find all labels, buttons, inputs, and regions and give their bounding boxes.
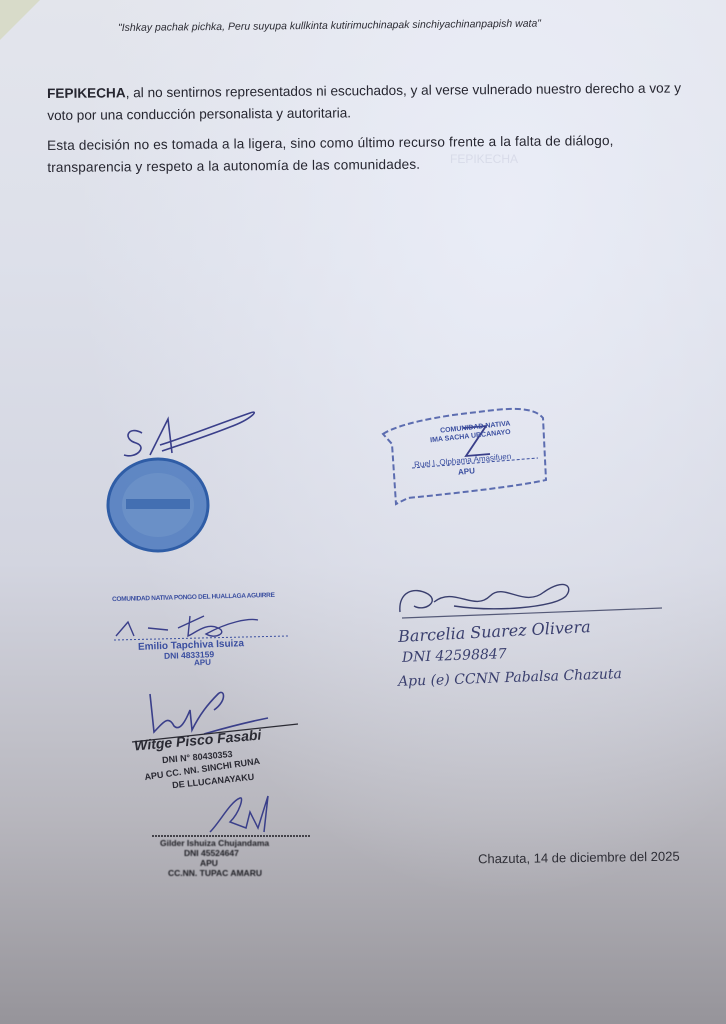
org-name: FEPIKECHA [47,85,126,101]
signature-scribble-icon [394,572,674,622]
signer-role: APU [194,658,211,668]
signature-block-3: COMUNIDAD NATIVA PONGO DEL HUALLAGA AGUI… [108,594,308,666]
signer-role: Apu (e) CCNN Pabalsa Chazuta [398,666,622,690]
signer-dni: DNI 45524647 [184,848,239,858]
place-date: Chazuta, 14 de diciembre del 2025 [478,849,680,867]
signature-block-2: COMUNIDAD NATIVA IMA SACHA URCANAYO Ruel… [378,404,553,514]
signer-role: APU [200,858,218,868]
bleed-through-text: FEPIKECHA [450,152,518,166]
stamp-line: APU [458,466,476,476]
paragraph-1: FEPIKECHA, al no sentirnos representados… [47,77,687,127]
page-corner-fold [0,0,40,40]
paragraph-2: Esta decisión no es tomada a la ligera, … [47,129,687,179]
signature-block-5: Witge Pisco Fasabi DNI N° 80430353 APU C… [128,684,328,784]
signature-block-6: Gilder Ishuiza Chujandama DNI 45524647 A… [150,792,330,882]
document-motto: "Ishkay pachak pichka, Peru suyupa kullk… [118,18,541,34]
signer-dni: DNI 42598847 [402,646,507,666]
signature-scribble-icon [108,602,308,642]
document-page: "Ishkay pachak pichka, Peru suyupa kullk… [0,0,726,1024]
signer-name: Gilder Ishuiza Chujandama [160,838,269,848]
signer-community: CC.NN. TUPAC AMARU [168,868,262,878]
signature-block-1 [100,405,260,565]
signature-scribble-icon [150,792,320,842]
round-seal-icon [106,457,216,557]
signature-scribble-icon [110,405,270,465]
signature-block-4: Barcelia Suarez Olivera DNI 42598847 Apu… [394,572,704,692]
paragraph-1-text: , al no sentirnos representados ni escuc… [47,80,681,123]
